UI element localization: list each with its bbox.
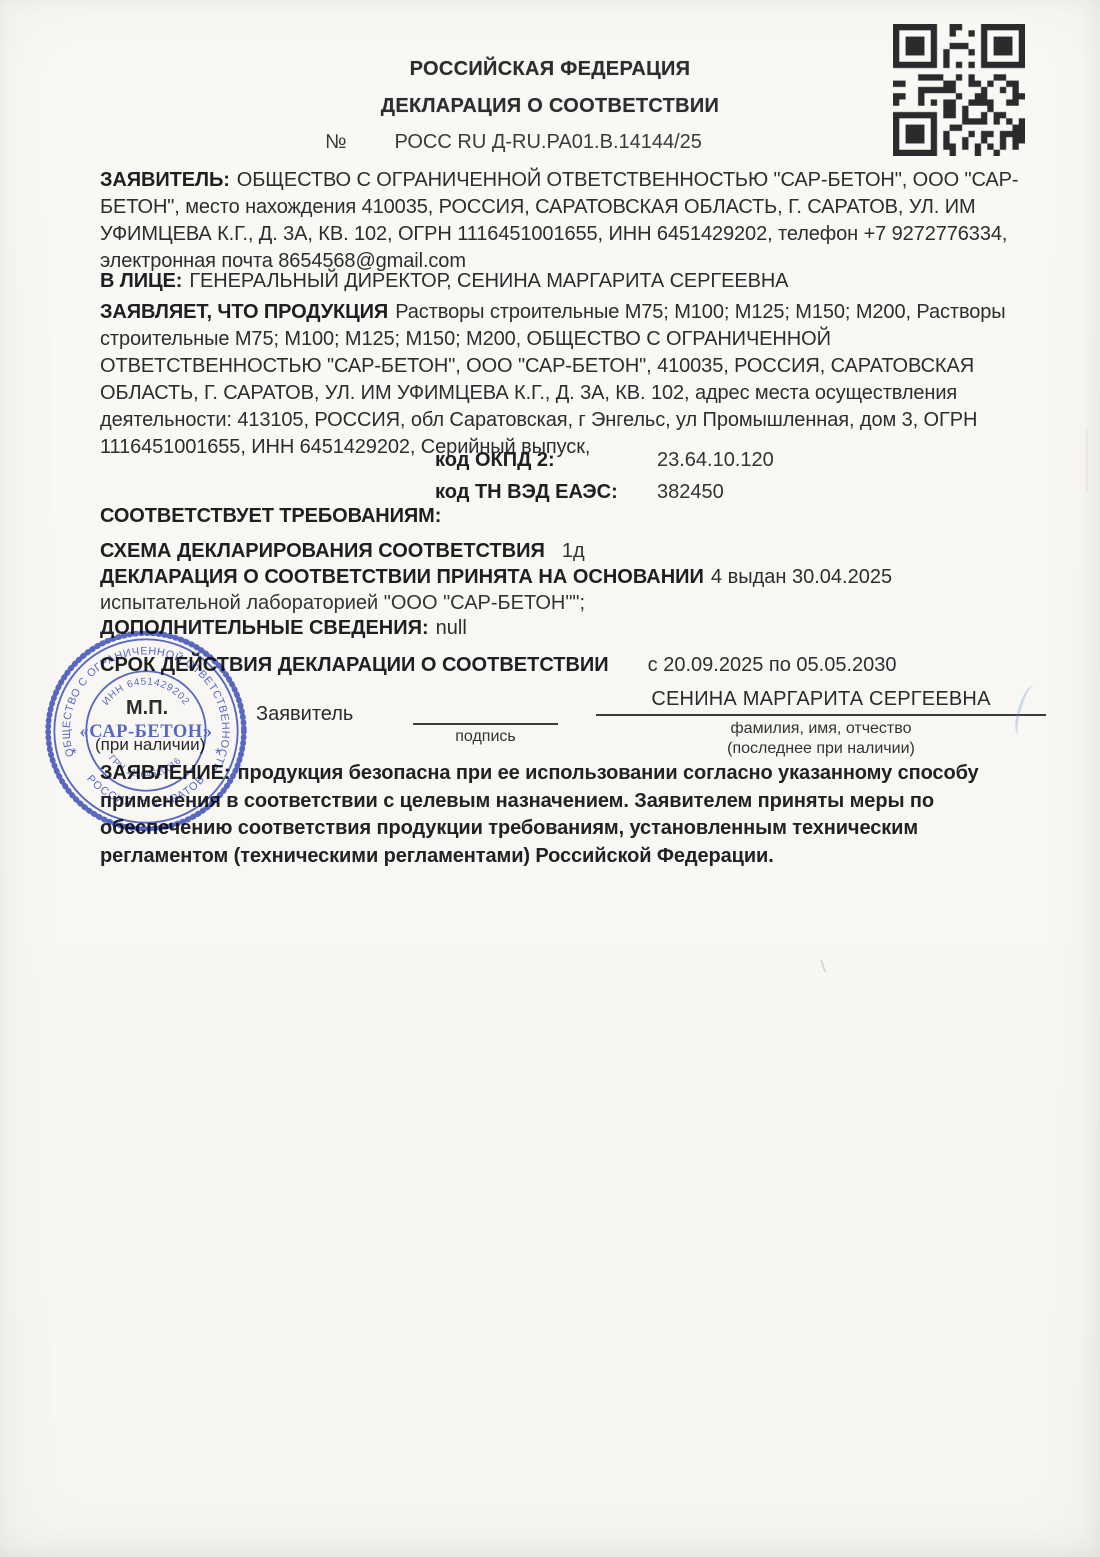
okpd-code-label: код ОКПД 2: bbox=[435, 449, 657, 472]
basis-value: 4 выдан 30.04.2025 bbox=[711, 566, 892, 588]
signature-applicant-label: Заявитель bbox=[256, 703, 353, 726]
applicant-paragraph: ЗАЯВИТЕЛЬ:ОБЩЕСТВО С ОГРАНИЧЕННОЙ ОТВЕТС… bbox=[100, 167, 1045, 275]
scheme-value: 1д bbox=[562, 540, 585, 562]
tnved-code-value: 382450 bbox=[657, 481, 724, 504]
person-label: В ЛИЦЕ: bbox=[100, 270, 182, 292]
document-number: РОСС RU Д-RU.РА01.В.14144/25 bbox=[394, 131, 701, 153]
signature-line bbox=[413, 723, 558, 725]
qr-code bbox=[893, 24, 1025, 156]
name-caption-2: (последнее при наличии) bbox=[596, 740, 1046, 758]
stamp-company-name: «САР-БЕТОН» bbox=[80, 721, 213, 742]
basis-row: ДЕКЛАРАЦИЯ О СООТВЕТСТВИИ ПРИНЯТА НА ОСН… bbox=[100, 566, 892, 589]
tnved-code-label: код ТН ВЭД ЕАЭС: bbox=[435, 481, 657, 504]
stamp-star-left: * bbox=[71, 746, 77, 763]
person-paragraph: В ЛИЦЕ:ГЕНЕРАЛЬНЫЙ ДИРЕКТОР, СЕНИНА МАРГ… bbox=[100, 268, 1045, 295]
document-number-row: №РОСС RU Д-RU.РА01.В.14144/25 bbox=[325, 131, 702, 154]
declaration-document-page: РОССИЙСКАЯ ФЕДЕРАЦИЯ ДЕКЛАРАЦИЯ О СООТВЕ… bbox=[0, 0, 1100, 1557]
okpd-code-value: 23.64.10.120 bbox=[657, 449, 774, 472]
header-country: РОССИЙСКАЯ ФЕДЕРАЦИЯ bbox=[0, 58, 1100, 81]
qr-code-canvas bbox=[893, 24, 1025, 156]
name-caption: фамилия, имя, отчество bbox=[596, 720, 1046, 738]
document-title: ДЕКЛАРАЦИЯ О СООТВЕТСТВИИ bbox=[0, 95, 1100, 118]
conformity-heading: СООТВЕТСТВУЕТ ТРЕБОВАНИЯМ: bbox=[100, 503, 1045, 530]
signatory-name-block: СЕНИНА МАРГАРИТА СЕРГЕЕВНА фамилия, имя,… bbox=[596, 688, 1046, 758]
applicant-label: ЗАЯВИТЕЛЬ: bbox=[100, 169, 230, 191]
tnved-code-row: код ТН ВЭД ЕАЭС: 382450 bbox=[435, 481, 774, 504]
stamp-star-right: * bbox=[215, 746, 221, 763]
scan-artifact-gray-mark bbox=[820, 956, 836, 973]
signatory-name: СЕНИНА МАРГАРИТА СЕРГЕЕВНА bbox=[596, 688, 1046, 711]
applicant-text: ОБЩЕСТВО С ОГРАНИЧЕННОЙ ОТВЕТСТВЕННОСТЬЮ… bbox=[100, 169, 1018, 272]
scheme-row: СХЕМА ДЕКЛАРИРОВАНИЯ СООТВЕТСТВИЯ1д bbox=[100, 540, 585, 563]
scan-artifact-edge-line bbox=[1086, 430, 1088, 492]
person-text: ГЕНЕРАЛЬНЫЙ ДИРЕКТОР, СЕНИНА МАРГАРИТА С… bbox=[189, 270, 788, 292]
basis-label: ДЕКЛАРАЦИЯ О СООТВЕТСТВИИ ПРИНЯТА НА ОСН… bbox=[100, 566, 704, 588]
basis-row-line2: испытательной лабораторией "ООО "САР-БЕТ… bbox=[100, 592, 585, 615]
company-stamp: ОБЩЕСТВО С ОГРАНИЧЕННОЙ ОТВЕТСТВЕННОСТЬЮ… bbox=[43, 628, 249, 834]
name-line bbox=[596, 714, 1046, 716]
additional-info-value: null bbox=[436, 617, 467, 639]
product-label: ЗАЯВЛЯЕТ, ЧТО ПРОДУКЦИЯ bbox=[100, 301, 388, 323]
product-text: Растворы строительные М75; М100; М125; М… bbox=[100, 301, 1006, 458]
signature-caption: подпись bbox=[413, 728, 558, 746]
scheme-label: СХЕМА ДЕКЛАРИРОВАНИЯ СООТВЕТСТВИЯ bbox=[100, 540, 545, 562]
okpd-code-row: код ОКПД 2: 23.64.10.120 bbox=[435, 449, 774, 472]
number-sign: № bbox=[325, 131, 346, 153]
validity-value: с 20.09.2025 по 05.05.2030 bbox=[648, 654, 897, 676]
product-paragraph: ЗАЯВЛЯЕТ, ЧТО ПРОДУКЦИЯРастворы строител… bbox=[100, 299, 1045, 461]
